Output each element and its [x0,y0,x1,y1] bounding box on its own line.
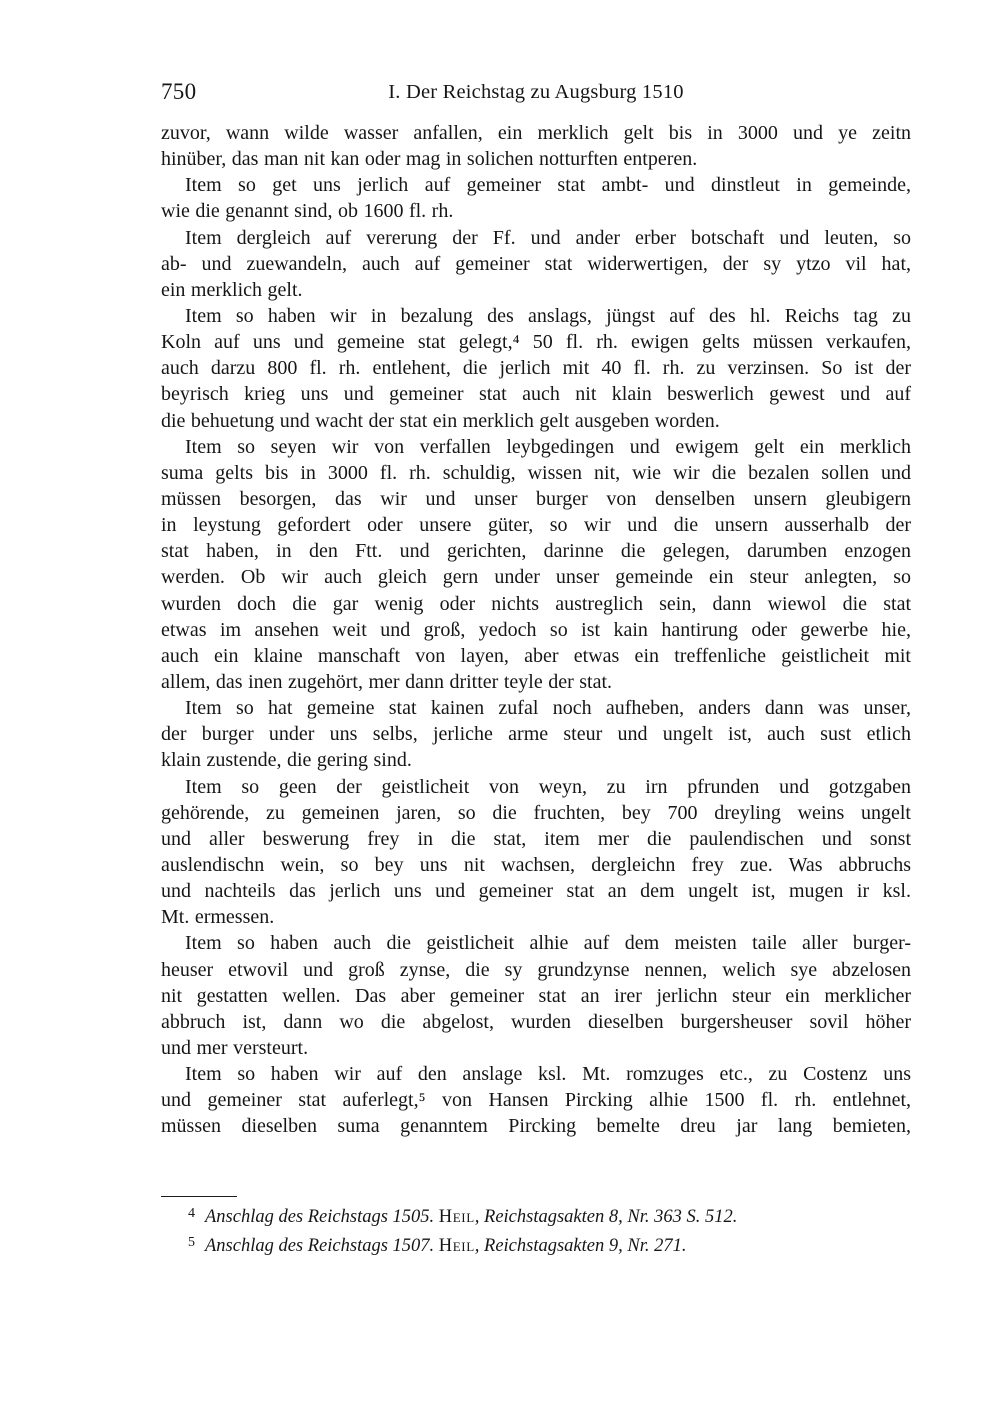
paragraph: Item so haben auch die geistlicheit alhi… [161,930,911,1061]
text-line: allem, das inen zugehört, mer dann dritt… [161,669,911,695]
paragraph: Item so get uns jerlich auf gemeiner sta… [161,172,911,224]
footnote-marker: 5 [188,1235,195,1250]
text-line: Item so hat gemeine stat kainen zufal no… [161,695,911,721]
footnote-citation: , Reichstagsakten 9, Nr. 271. [475,1236,687,1256]
text-line: auslendischn wein, so bey uns nit wachse… [161,852,911,878]
text-line: Item so haben wir auf den anslage ksl. M… [161,1061,911,1087]
footnote: 4Anschlag des Reichstags 1505. Heil, Rei… [161,1204,911,1233]
footnote-text: Anschlag des Reichstags 1505. [205,1207,439,1227]
text-line: beyrisch krieg uns und gemeiner stat auc… [161,381,911,407]
paragraph: Item so haben wir auf den anslage ksl. M… [161,1061,911,1139]
text-line: Item so haben auch die geistlicheit alhi… [161,930,911,956]
text-line: Item so haben wir in bezalung des anslag… [161,303,911,329]
text-line: und aller beswerung frey in die stat, it… [161,826,911,852]
footnote-author: Heil [439,1207,475,1227]
footnote-marker: 4 [188,1206,195,1221]
text-line: etwas im ansehen weit und groß, yedoch s… [161,617,911,643]
text-line: Item dergleich auf vererung der Ff. und … [161,225,911,251]
text-line: Koln auf uns und gemeine stat gelegt,⁴ 5… [161,329,911,355]
text-line: auch darzu 800 fl. rh. entlehent, die je… [161,355,911,381]
book-page: 750 I. Der Reichstag zu Augsburg 1510 zu… [0,0,1004,1418]
text-line: Mt. ermessen. [161,904,911,930]
text-line: werden. Ob wir auch gleich gern under un… [161,564,911,590]
text-line: ein merklich gelt. [161,277,911,303]
text-line: wurden doch die gar wenig oder nichts au… [161,591,911,617]
text-line: der burger under uns selbs, jerliche arm… [161,721,911,747]
text-line: ab- und zuewandeln, auch auf gemeiner st… [161,251,911,277]
text-line: auch ein klaine manschaft von layen, abe… [161,643,911,669]
text-line: klain zustende, die gering sind. [161,747,911,773]
running-head: 750 I. Der Reichstag zu Augsburg 1510 [161,79,911,105]
footnotes-section: 4Anschlag des Reichstags 1505. Heil, Rei… [161,1196,911,1261]
text-line: Item so geen der geistlicheit von weyn, … [161,774,911,800]
text-line: abbruch ist, dann wo die abgelost, wurde… [161,1009,911,1035]
paragraph: Item so seyen wir von verfallen leybgedi… [161,434,911,695]
text-line: Item so get uns jerlich auf gemeiner sta… [161,172,911,198]
paragraph: Item so geen der geistlicheit von weyn, … [161,774,911,931]
footnote-author: Heil [439,1236,475,1256]
paragraph: Item dergleich auf vererung der Ff. und … [161,225,911,303]
footnote-separator-rule [161,1196,237,1197]
footnote: 5Anschlag des Reichstags 1507. Heil, Rei… [161,1233,911,1262]
paragraph: Item so hat gemeine stat kainen zufal no… [161,695,911,773]
text-line: müssen dieselben suma genanntem Pircking… [161,1113,911,1139]
running-header-title: I. Der Reichstag zu Augsburg 1510 [161,81,911,104]
text-line: zuvor, wann wilde wasser anfallen, ein m… [161,120,911,146]
text-line: gehörende, zu gemeinen jaren, so die fru… [161,800,911,826]
footnote-text: Anschlag des Reichstags 1507. [205,1236,439,1256]
text-line: stat haben, in den Ftt. und gerichten, d… [161,538,911,564]
text-line: müssen besorgen, das wir und unser burge… [161,486,911,512]
footnote-citation: , Reichstagsakten 8, Nr. 363 S. 512. [475,1207,738,1227]
text-line: heuser etwovil und groß zynse, die sy gr… [161,957,911,983]
text-line: hinüber, das man nit kan oder mag in sol… [161,146,911,172]
main-text: zuvor, wann wilde wasser anfallen, ein m… [161,120,911,1139]
text-line: und gemeiner stat auferlegt,⁵ von Hansen… [161,1087,911,1113]
text-line: suma gelts bis in 3000 fl. rh. schuldig,… [161,460,911,486]
text-line: wie die genannt sind, ob 1600 fl. rh. [161,198,911,224]
text-line: die behuetung und wacht der stat ein mer… [161,408,911,434]
text-line: und mer versteurt. [161,1035,911,1061]
text-line: in leystung gefordert oder unsere güter,… [161,512,911,538]
paragraph: Item so haben wir in bezalung des anslag… [161,303,911,434]
text-line: Item so seyen wir von verfallen leybgedi… [161,434,911,460]
text-line: nit gestatten wellen. Das aber gemeiner … [161,983,911,1009]
text-line: und nachteils das jerlich uns und gemein… [161,878,911,904]
paragraph: zuvor, wann wilde wasser anfallen, ein m… [161,120,911,172]
